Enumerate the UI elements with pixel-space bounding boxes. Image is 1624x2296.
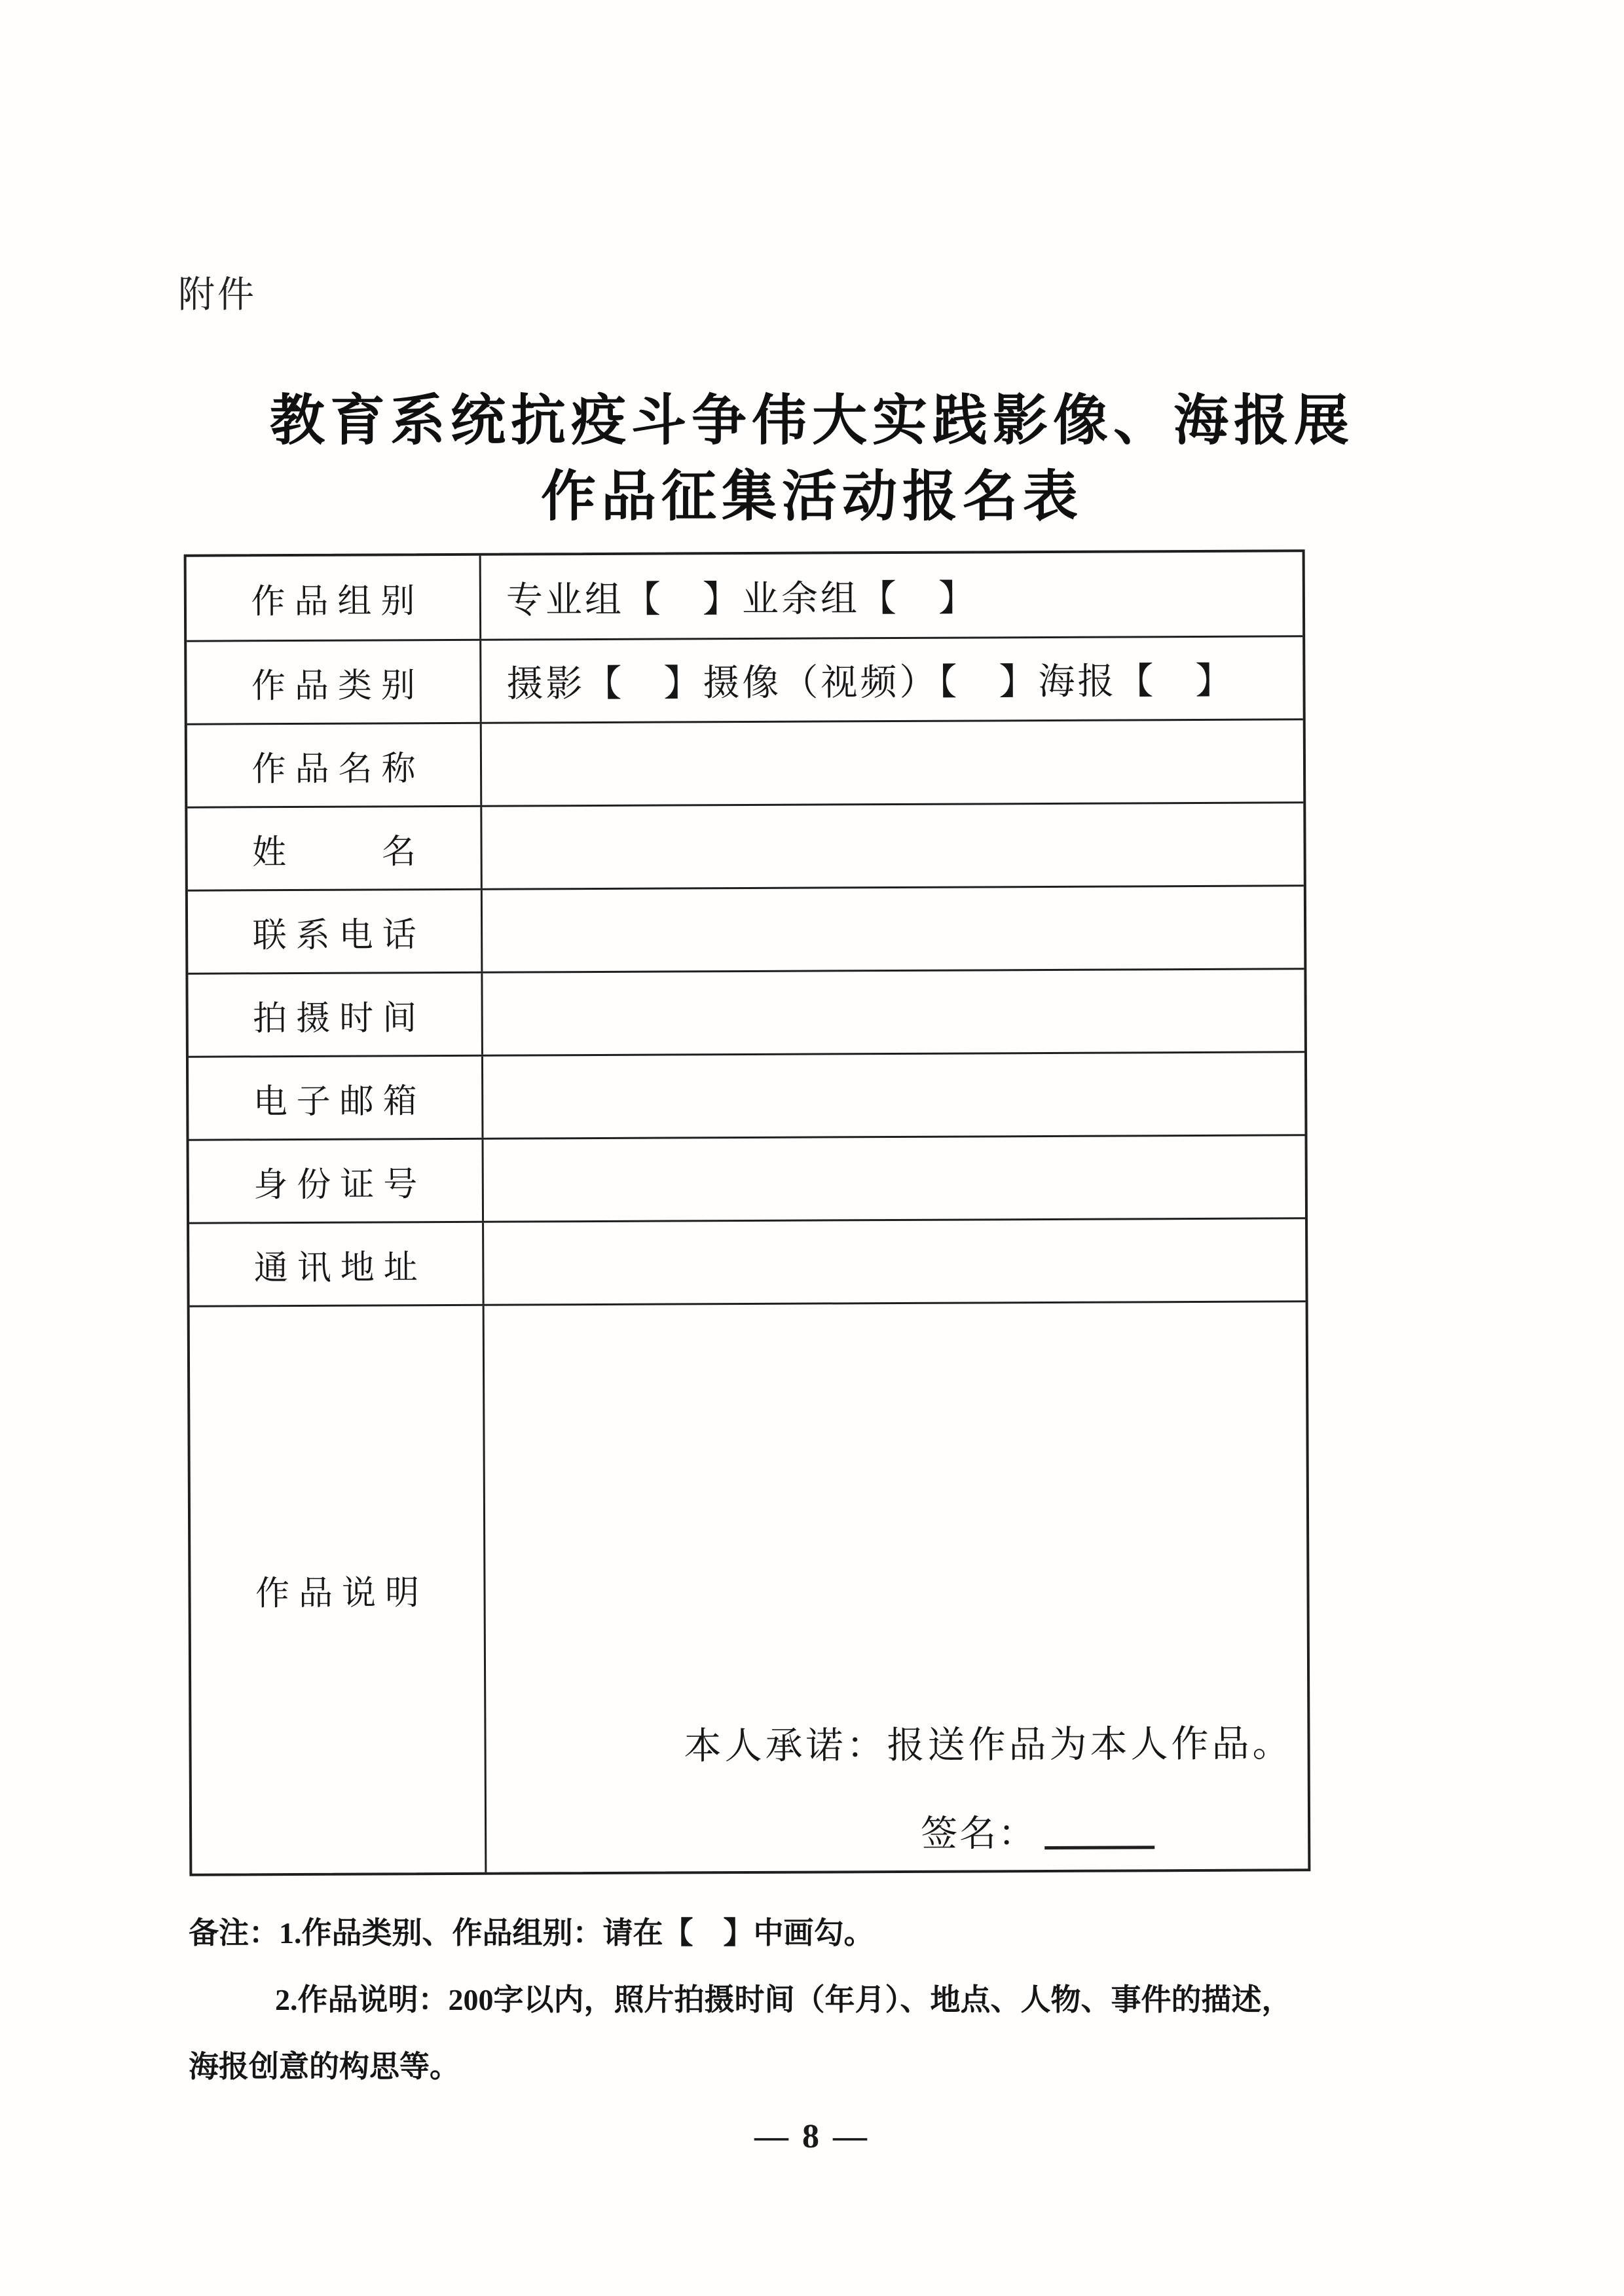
row-label-group: 作品组别 (187, 556, 482, 640)
row-value-category: 摄影【 】摄像（视频）【 】海报【 】 (481, 637, 1303, 721)
signature-line (1044, 1842, 1154, 1850)
row-label-work-title: 作品名称 (187, 724, 483, 807)
row-value-description: 本人承诺：报送作品为本人作品。 签名： (485, 1302, 1308, 1872)
scanned-form-page: 附件 教育系统抗疫斗争伟大实践影像、海报展 作品征集活动报名表 作品组别 专业组… (0, 0, 1624, 2296)
table-row-id-number: 身份证号 (189, 1134, 1305, 1222)
table-row-email: 电子邮箱 (189, 1051, 1305, 1139)
table-row-work-title: 作品名称 (187, 718, 1304, 806)
row-label-shoot-time: 拍摄时间 (188, 974, 483, 1056)
row-label-category: 作品类别 (187, 641, 482, 723)
page-number: — 8 — (0, 2117, 1624, 2156)
row-label-address: 通讯地址 (189, 1223, 485, 1305)
table-row-shoot-time: 拍摄时间 (188, 968, 1304, 1055)
row-value-group: 专业组【 】业余组【 】 (481, 552, 1303, 638)
signature-row: 签名： (921, 1804, 1154, 1857)
table-row-description: 作品说明 本人承诺：报送作品为本人作品。 签名： (190, 1300, 1308, 1873)
row-label-description: 作品说明 (190, 1306, 487, 1874)
row-value-address (484, 1219, 1306, 1303)
attachment-label: 附件 (178, 266, 257, 318)
page-title: 教育系统抗疫斗争伟大实践影像、海报展 作品征集活动报名表 (0, 384, 1624, 536)
row-label-email: 电子邮箱 (189, 1057, 484, 1139)
table-row-category: 作品类别 摄影【 】摄像（视频）【 】海报【 】 (187, 635, 1303, 723)
row-value-work-title (482, 720, 1304, 805)
row-label-id-number: 身份证号 (189, 1140, 485, 1222)
row-value-email (483, 1053, 1305, 1137)
page-title-line1: 教育系统抗疫斗争伟大实践影像、海报展 (0, 384, 1624, 460)
row-label-name: 姓 名 (187, 807, 483, 890)
footnote-line3: 海报创意的构思等。 (189, 2033, 1341, 2100)
signature-label: 签名： (921, 1804, 1037, 1857)
registration-table: 作品组别 专业组【 】业余组【 】 作品类别 摄影【 】摄像（视频）【 】海报【… (184, 549, 1311, 1876)
footnotes: 备注：1.作品类别、作品组别：请在【 】中画勾。 2.作品说明：200字以内，照… (189, 1900, 1341, 2100)
table-row-address: 通讯地址 (189, 1217, 1306, 1305)
page-title-line2: 作品征集活动报名表 (0, 460, 1624, 536)
footnote-line1: 备注：1.作品类别、作品组别：请在【 】中画勾。 (189, 1900, 1341, 1967)
row-label-phone: 联系电话 (188, 890, 483, 973)
table-row-phone: 联系电话 (188, 884, 1304, 972)
footnote-line2: 2.作品说明：200字以内，照片拍摄时间（年月）、地点、人物、事件的描述， (189, 1967, 1341, 2033)
row-value-name (482, 803, 1304, 888)
table-row-group: 作品组别 专业组【 】业余组【 】 (187, 552, 1303, 640)
row-value-phone (483, 886, 1304, 971)
pledge-text: 本人承诺：报送作品为本人作品。 (684, 1718, 1293, 1773)
table-row-name: 姓 名 (187, 801, 1304, 889)
row-value-id-number (484, 1136, 1306, 1220)
row-value-shoot-time (483, 970, 1304, 1054)
